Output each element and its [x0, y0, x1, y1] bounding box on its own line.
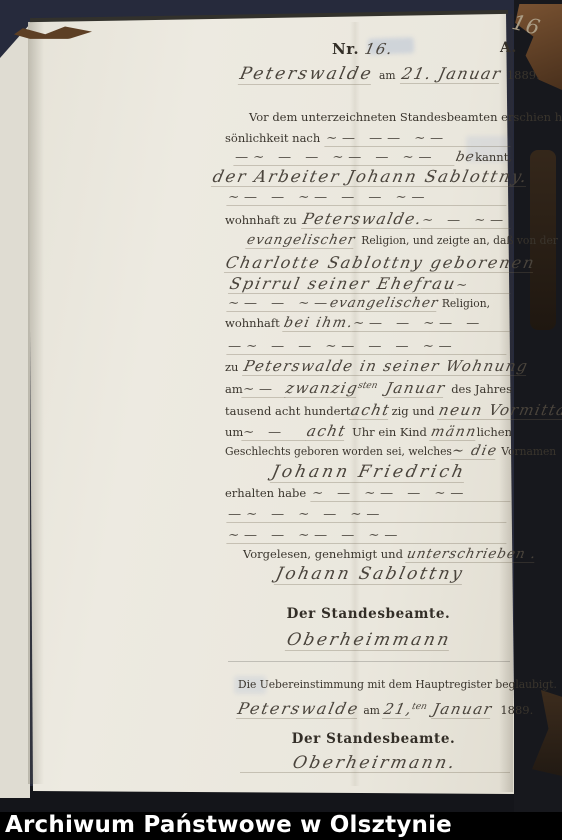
declarant-signature: Johann Sablottny	[274, 564, 466, 585]
registrar-heading-1: Der Standesbeamte.	[225, 606, 512, 625]
sex-suffix-label: lichen	[477, 425, 512, 439]
declarant-residence-fill: ~ — ~—	[420, 213, 513, 229]
mother-religion-line: ~— — ~— evangelischer Religion,	[228, 295, 490, 314]
certification-place: Peterswalde	[236, 699, 362, 719]
record-number-value: 16.	[363, 40, 395, 58]
intro-fill-2: ~— —— ~—	[325, 131, 514, 147]
declarant-name: der Arbeiter Johann Sablottny.	[211, 167, 530, 187]
bekannt-line: —~ — — ~— — ~— be kannt,	[235, 149, 512, 168]
vornamen-article: ~ die	[450, 443, 499, 460]
hour-fill: ~ —	[242, 425, 309, 441]
intro-text-2: sönlichkeit nach	[225, 131, 320, 145]
registrar-signature-2: Oberheirmann.	[291, 753, 459, 773]
dash-row-2: —~ — — ~— — — ~—	[228, 339, 508, 358]
dash-row-4-fill: ~— — ~— — ~—	[226, 528, 509, 544]
vornamen-label: Vornamen	[501, 445, 556, 458]
birth-place: Peterswalde in seiner Wohnung	[242, 357, 530, 376]
registrar-signature-line-1: Oberheimmann	[225, 630, 512, 649]
dash-row-3: —~ — ~ — ~—	[228, 507, 508, 526]
certification-year: 1889.	[500, 703, 533, 717]
mother-religion-printed: Religion,	[442, 297, 490, 310]
mother-maiden-fill: ~	[455, 278, 514, 294]
dash-row-2-fill: —~ — — ~— — — ~—	[226, 339, 509, 355]
gender-vornamen-line: Geschlechts geboren worden sei, welches …	[225, 443, 512, 462]
declarant-residence: Peterswalde.	[301, 210, 424, 229]
declarant-religion: evangelischer	[245, 232, 357, 249]
certification-month: Januar	[431, 700, 494, 719]
bekannt-fill: —~ — — ~— — ~—	[233, 150, 458, 166]
certification-day-suffix: ten	[411, 702, 428, 712]
dash-row-1: ~— — ~— — — ~—	[228, 190, 508, 209]
erhalten-line: erhalten habe ~ — ~— — ~—	[225, 486, 512, 505]
registrar-heading-2-text: Der Standesbeamte.	[292, 731, 456, 747]
record-number-line: Nr. 16.	[332, 40, 394, 59]
dash-row-4: ~— — ~— — ~—	[228, 528, 508, 547]
wohnhaft-label: wohnhaft	[225, 316, 280, 330]
declarant-religion-line: evangelischer Religion, und zeigte an, d…	[225, 232, 512, 251]
child-name-line: Johann Friedrich	[225, 462, 512, 481]
certification-day: 21,	[382, 700, 414, 719]
birth-place-line: zu Peterswalde in seiner Wohnung	[225, 357, 512, 376]
intro-line-2: sönlichkeit nach ~— —— ~—	[225, 131, 512, 150]
zig-und-label: zig und	[392, 404, 435, 418]
year-decade: acht	[348, 401, 391, 420]
geschlechts-label: Geschlechts geboren worden sei, welches	[225, 445, 452, 458]
certification-statement: Die Uebereinstimmung mit dem Hauptregist…	[238, 678, 557, 691]
tausend-label: tausend acht hundert	[225, 404, 351, 418]
registrar-signature-1: Oberheimmann	[284, 630, 452, 651]
child-name: Johann Friedrich	[269, 462, 467, 483]
header-date: 21. Januar	[399, 64, 503, 84]
birth-hour: acht	[305, 422, 348, 441]
header-date-line: Peterswalde am 21. Januar 1889.	[240, 64, 512, 83]
year-unit-daytime: neun Vormittags	[436, 401, 562, 420]
form-letter-a: A.	[500, 40, 517, 56]
declarant-signature-line: Johann Sablottny	[250, 564, 490, 583]
registrar-heading-2: Der Standesbeamte.	[230, 731, 517, 750]
erhalten-fill: ~ — ~— — ~—	[310, 486, 513, 502]
mother-name: Charlotte Sablottny geborenen	[224, 253, 538, 273]
section-divider-rule	[228, 660, 510, 662]
intro-text-1: Vor dem unterzeichneten Standesbeamten e…	[249, 110, 562, 124]
archival-photo: 16 Nr. 16. A. Peterswalde am 21. Januar …	[0, 0, 562, 840]
am-label-2: am	[225, 382, 243, 396]
bekannt-handwritten-prefix: be	[455, 149, 477, 165]
birth-month: Januar	[384, 379, 447, 398]
birth-day-fill: ~—	[241, 382, 288, 398]
archive-caption-bar: Archiwum Państwowe w Olsztynie	[0, 812, 562, 840]
dash-row-3-fill: —~ — ~ — ~—	[226, 507, 509, 523]
mother-residence: bei ihm.	[282, 315, 355, 332]
vorgelesen-label: Vorgelesen, genehmigt und	[243, 547, 403, 561]
registrar-signature-line-2: Oberheirmann.	[240, 753, 510, 773]
am-label-3: am	[363, 704, 380, 717]
bekannt-printed: kannt,	[475, 150, 512, 164]
birth-year-line: tausend acht hundert acht zig und neun V…	[225, 401, 512, 420]
mother-residence-line: wohnhaft bei ihm. ~— — ~— —	[225, 315, 512, 334]
declarant-name-line: der Arbeiter Johann Sablottny.	[213, 167, 513, 186]
zu-label: zu	[225, 360, 238, 374]
mother-residence-fill: ~— — ~— —	[351, 316, 513, 332]
mother-religion: evangelischer	[328, 295, 440, 312]
birth-day: zwanzig	[284, 379, 360, 398]
erhalten-label: erhalten habe	[225, 486, 306, 500]
dash-row-1-fill: ~— — ~— — — ~—	[226, 190, 509, 206]
nr-label: Nr.	[332, 40, 359, 58]
declarant-residence-line: wohnhaft zu Peterswalde. ~ — ~—	[225, 210, 512, 229]
record-content: Nr. 16. A. Peterswalde am 21. Januar 188…	[0, 0, 562, 812]
declarant-religion-printed: Religion, und zeigte an, daß von der	[361, 234, 558, 247]
certification-date-line: Peterswalde am 21, ten Januar 1889.	[238, 699, 504, 718]
intro-line-1: Vor dem unterzeichneten Standesbeamten e…	[225, 106, 512, 125]
mother-name-line: Charlotte Sablottny geborenen	[226, 253, 512, 272]
vorgelesen-handwritten: unterschrieben .	[405, 546, 538, 563]
des-jahres-label: des Jahres	[451, 382, 512, 396]
mother-maiden-name: Spirrul seiner Ehefrau	[228, 274, 459, 294]
certification-statement-line: Die Uebereinstimmung mit dem Hauptregist…	[238, 678, 512, 697]
header-year: 1889.	[507, 68, 540, 82]
birth-hour-line: um ~ — acht Uhr ein Kind männ lichen	[225, 422, 512, 441]
header-place: Peterswalde	[238, 64, 376, 85]
mother-maiden-line: Spirrul seiner Ehefrau ~	[230, 274, 512, 293]
child-sex: männ	[429, 424, 478, 441]
uhr-label: Uhr ein Kind	[352, 425, 427, 439]
vorgelesen-line: Vorgelesen, genehmigt und unterschrieben…	[243, 546, 512, 565]
um-label: um	[225, 425, 243, 439]
registrar-heading-1-text: Der Standesbeamte.	[287, 606, 451, 622]
birth-day-suffix: sten	[357, 381, 378, 391]
form-letter: A.	[500, 40, 517, 59]
birth-date-line: am ~— zwanzig sten Januar des Jahres	[225, 379, 512, 398]
wohnhaft-zu-label: wohnhaft zu	[225, 213, 297, 227]
am-label: am	[379, 69, 396, 82]
mother-religion-fill: ~— — ~—	[226, 296, 331, 312]
